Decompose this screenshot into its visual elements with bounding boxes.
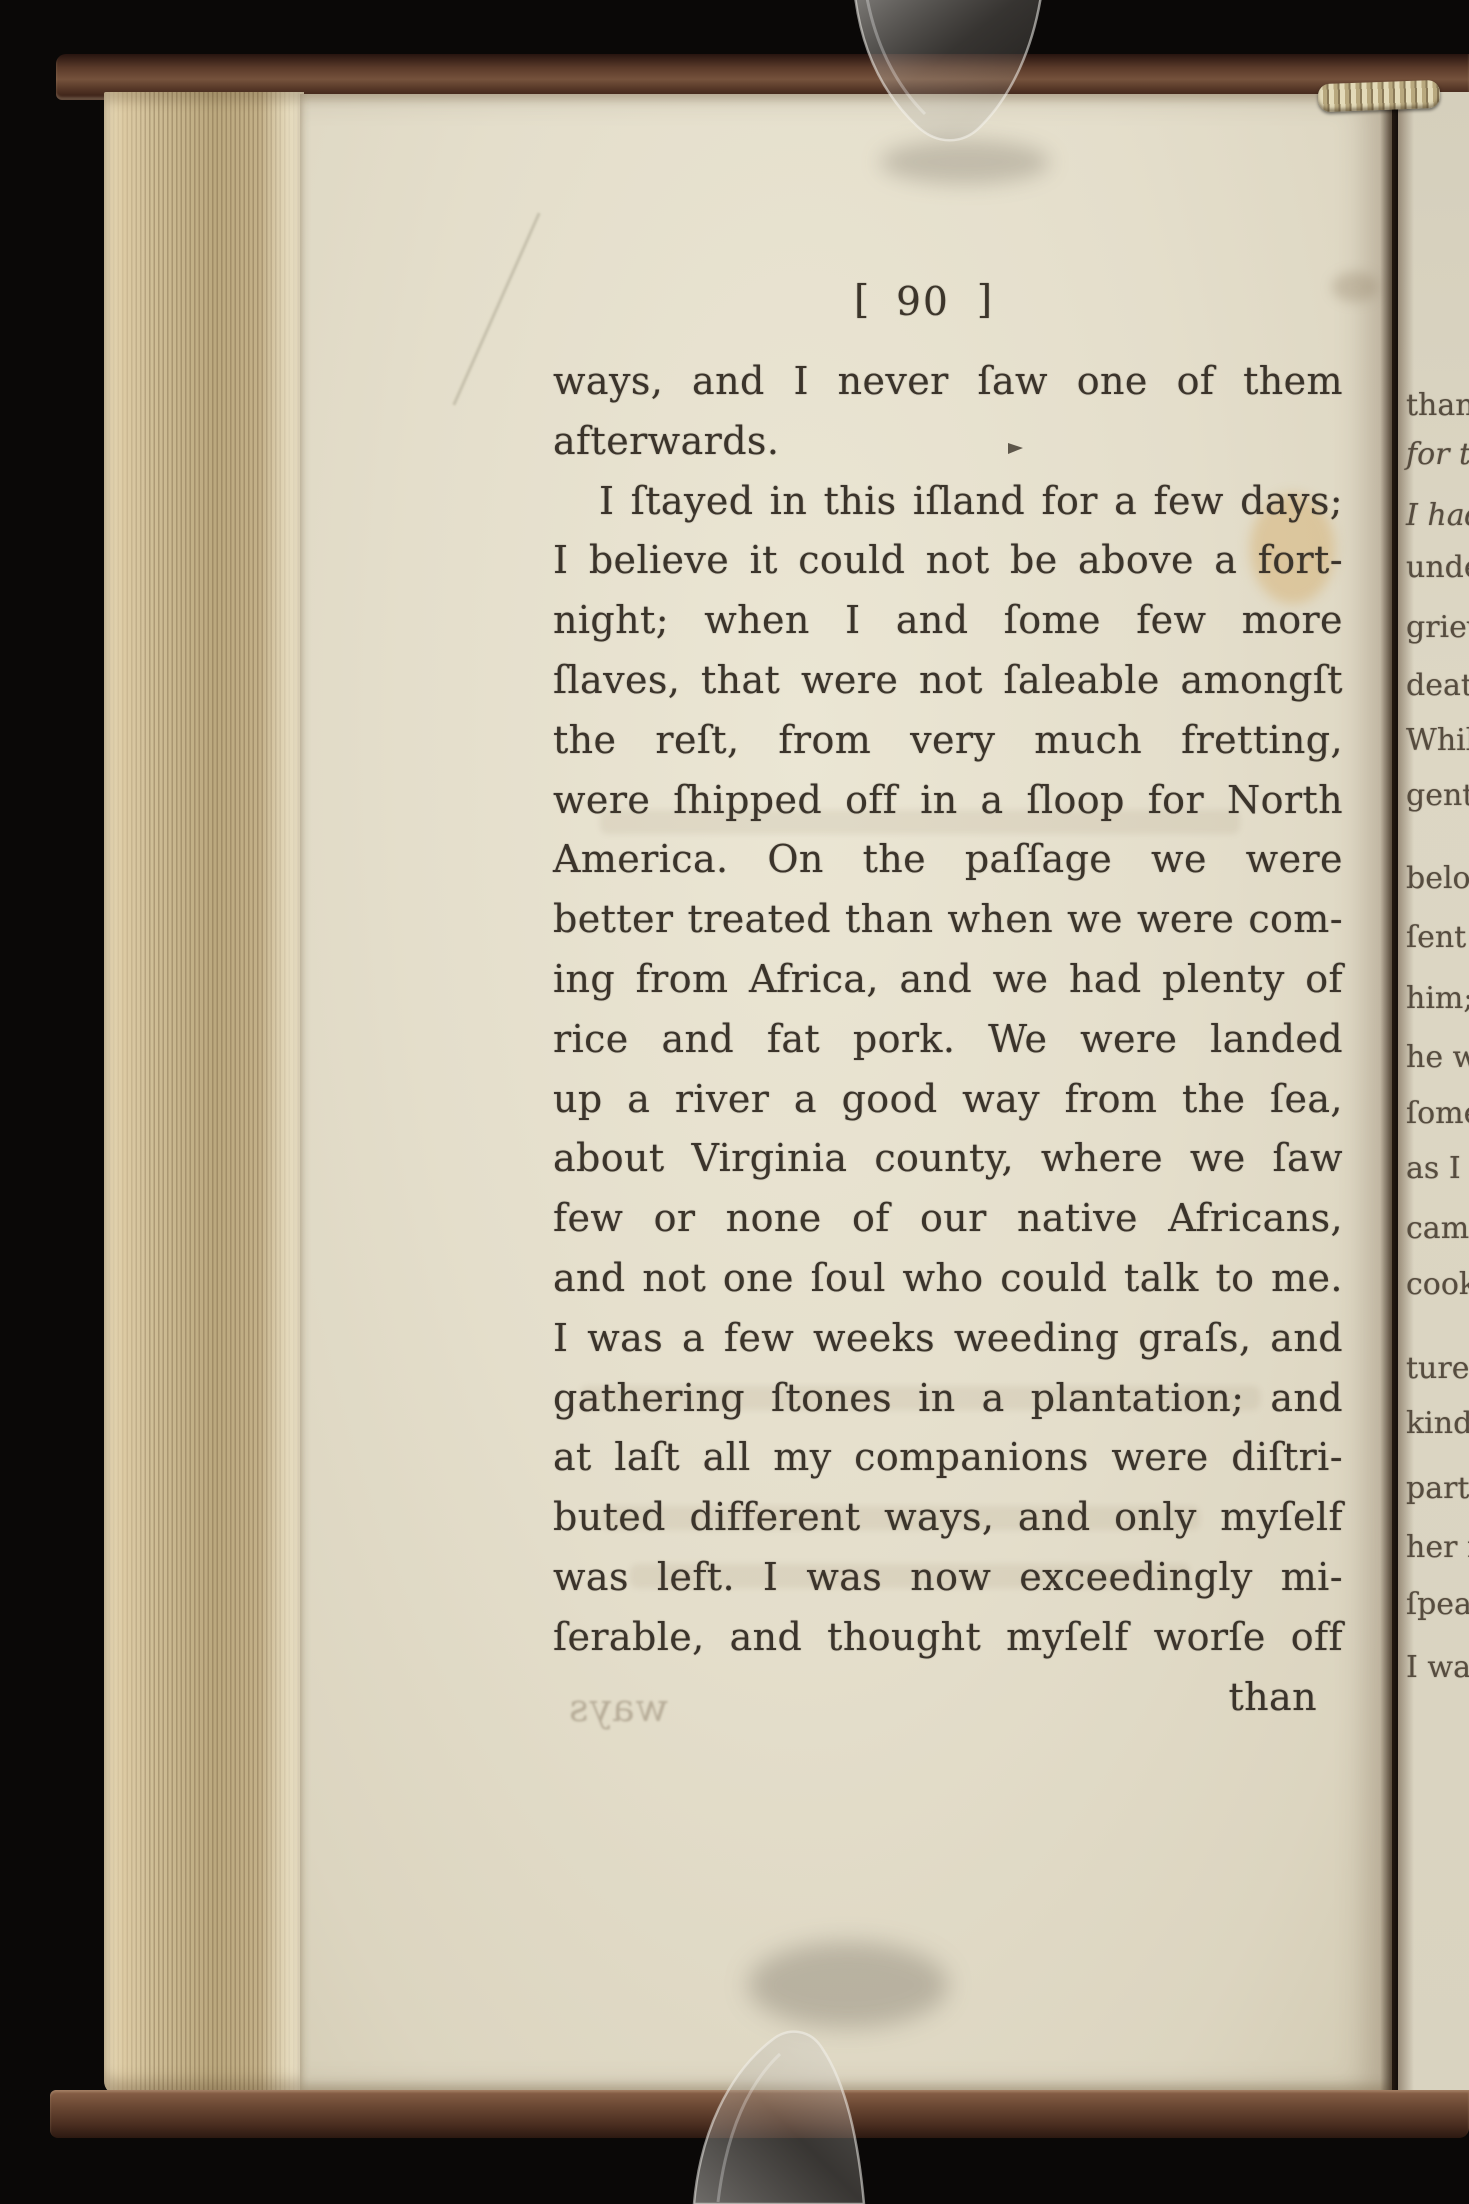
next-page-text-fragment: came	[1406, 1211, 1469, 1246]
folio-open-bracket: [	[854, 278, 869, 323]
next-page-text-fragment: gentlen	[1406, 778, 1469, 813]
text-line: ſlaves,thatwerenotſaleableamongſt	[553, 658, 1343, 718]
page-stack-fore-edge	[104, 92, 304, 2095]
text-line: atlaſtallmycompanionswerediſtri-	[553, 1435, 1343, 1495]
text-line: wasleft.Iwasnowexceedinglymi-	[553, 1555, 1343, 1615]
text-line: ſerable,andthoughtmyſelfworſeoff	[553, 1615, 1343, 1675]
text-line: wereſhippedoffinaſloopforNorth	[553, 778, 1343, 838]
text-line: upariveragoodwayfromtheſea,	[553, 1077, 1343, 1137]
page-stain-small	[1332, 272, 1378, 302]
next-page-text-fragment: he wa	[1406, 1040, 1469, 1075]
next-page-text-fragment: I was	[1406, 1650, 1469, 1685]
text-line: Ibelieveitcouldnotbeaboveafort-	[553, 538, 1343, 598]
folio-number: 90	[896, 280, 950, 325]
next-page-text-fragment: ſome	[1406, 1096, 1469, 1131]
text-line: thereſt,fromverymuchfretting,	[553, 718, 1343, 778]
catchword: than	[553, 1675, 1343, 1735]
text-line: ways,andIneverſawoneofthem	[553, 359, 1343, 419]
next-page-text-fragment: than a	[1406, 388, 1469, 423]
top-clamp	[845, 0, 1050, 168]
folio-close-bracket: ]	[977, 278, 992, 323]
next-page-text-fragment: I had n	[1406, 498, 1469, 533]
bottom-clamp	[688, 2016, 868, 2204]
next-page-text-fragment: ſent fo	[1406, 920, 1469, 955]
text-line: gatheringſtonesinaplantation;and	[553, 1376, 1343, 1436]
page-number: [90]	[528, 280, 1318, 325]
next-page-text-fragment: While	[1406, 723, 1469, 758]
text-line: aboutVirginiacounty,whereweſaw	[553, 1136, 1343, 1196]
next-page-text-fragment: partic	[1406, 1471, 1469, 1506]
next-page-text-fragment: for the	[1406, 437, 1469, 472]
ink-mark	[1008, 443, 1023, 454]
next-page-text-fragment: as I h	[1406, 1151, 1469, 1186]
text-line: bettertreatedthanwhenwewerecom-	[553, 897, 1343, 957]
next-page-text-fragment: cookin	[1406, 1267, 1469, 1302]
headband	[1318, 80, 1441, 112]
next-page-text-fragment: belonge	[1406, 861, 1469, 896]
text-block: ways,andIneverſawoneofthemafterwards.Iſt…	[553, 359, 1343, 1734]
left-page: ways [90] ways,andIneverſawoneofthemafte…	[300, 94, 1392, 2093]
book-cover-left-edge	[56, 70, 110, 2160]
text-line: andnotoneſoulwhocouldtalktome.	[553, 1256, 1343, 1316]
text-line: fewornoneofournativeAfricans,	[553, 1196, 1343, 1256]
next-page-text-fragment: grieving	[1406, 610, 1469, 645]
text-line: riceandfatpork.Wewerelanded	[553, 1017, 1343, 1077]
text-line: buteddifferentways,andonlymyſelf	[553, 1495, 1343, 1555]
text-line: ingfromAfrica,andwehadplentyof	[553, 957, 1343, 1017]
next-page-text-fragment: underſta	[1406, 550, 1469, 585]
text-line: Iwasafewweeksweedinggraſs,and	[553, 1316, 1343, 1376]
text-line: America.Onthepaſſagewewere	[553, 837, 1343, 897]
next-page-text-fragment: her m	[1406, 1530, 1469, 1565]
text-line: afterwards.	[553, 419, 1343, 479]
book-scan-scene: ways [90] ways,andIneverſawoneofthemafte…	[0, 0, 1469, 2204]
text-line: night;whenIandſomefewmore	[553, 598, 1343, 658]
text-line: Iſtayedinthisiſlandforafewdays;	[553, 479, 1343, 539]
next-page-text-fragment: kinds	[1406, 1406, 1469, 1441]
next-page-text-fragment: ture v	[1406, 1351, 1469, 1386]
next-page-text-fragment: him;	[1406, 981, 1469, 1016]
next-page-text-fragment: ſpeak	[1406, 1587, 1469, 1622]
next-page-text-fragment: death	[1406, 668, 1469, 703]
next-page-edge: than afor theI had nunderſtagrievingdeat…	[1398, 92, 1469, 2093]
